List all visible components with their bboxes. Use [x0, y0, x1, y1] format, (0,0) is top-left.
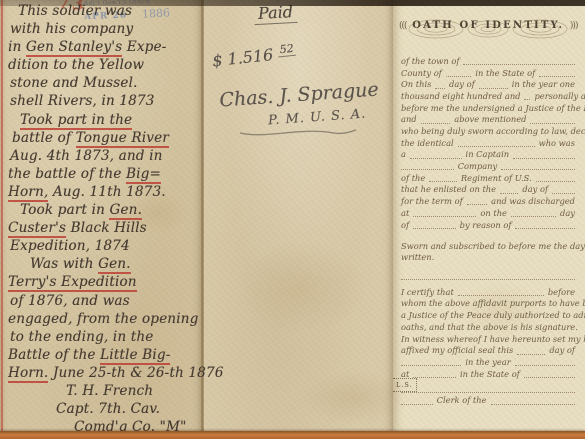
oath-form-line-15: ofby reason of: [399, 220, 577, 229]
handwritten-line-12: Took part in Gen.: [8, 201, 202, 219]
handwritten-text: with his company: [10, 21, 133, 37]
handwritten-text: dition to the Yellow: [8, 57, 144, 73]
form-printed-text: by reason of: [460, 221, 512, 229]
oath-form-line-7: who being duly sworn according to law, d…: [399, 126, 577, 135]
form-printed-text: I certify that: [401, 288, 454, 296]
oath-form-line-8: the identicalwho was: [399, 138, 577, 147]
oath-title: ((( OATH OF IDENTITY. ))): [399, 20, 577, 31]
oath-form-line-25: in the year: [399, 357, 577, 366]
oath-form-line-1: of the town of: [399, 56, 577, 65]
form-blank-field: [515, 219, 575, 229]
oath-form-line-2: County ofin the State of: [399, 68, 577, 77]
form-printed-text: of the town of: [401, 57, 459, 65]
handwritten-line-23: Capt. 7th. Cav.: [8, 400, 202, 418]
handwritten-line-2: with his company: [8, 20, 202, 38]
form-printed-text: day of: [522, 185, 548, 193]
form-printed-text: in Captain: [466, 150, 510, 158]
handwritten-text: Capt. 7th. Cav.: [56, 401, 160, 417]
handwritten-line-5: stone and Mussel.: [8, 74, 202, 92]
handwritten-text: stone and Mussel.: [10, 75, 138, 91]
form-blank-field: [479, 78, 508, 88]
form-blank-field: [401, 383, 575, 393]
handwritten-text: June 25-th & 26-th 1876: [48, 365, 223, 381]
red-underlined-text: Horn.: [8, 365, 48, 383]
handwritten-text: battle of: [12, 130, 76, 146]
form-blank-field: [410, 149, 462, 159]
form-blank-field: [500, 184, 518, 194]
handwritten-line-7: Took part in the: [8, 111, 202, 129]
handwritten-text: Expe-: [122, 39, 166, 55]
handwritten-line-17: of 1876, and was: [8, 292, 202, 310]
form-printed-text: in the year one: [512, 80, 575, 88]
form-printed-text: Clerk of the: [437, 396, 487, 404]
red-underlined-text: Horn,: [8, 184, 48, 202]
form-printed-text: whom the above affidavit purports to hav…: [401, 299, 585, 307]
oath-form-line-3: On thisday ofin the year one: [399, 79, 577, 88]
handwritten-line-10: the battle of the Big=: [8, 165, 202, 183]
oath-form-line-26: atin the State of: [399, 369, 577, 378]
handwritten-text: Aug. 4th 1873, and in: [10, 148, 163, 164]
form-printed-text: in the State of: [460, 370, 520, 378]
form-printed-text: Regiment of U.S.: [461, 174, 532, 182]
red-margin-line: [1, 0, 3, 432]
handwritten-line-15: Was with Gen.: [8, 255, 202, 273]
paid-note-page: [204, 0, 393, 439]
handwritten-text: to the ending, in the: [10, 329, 153, 345]
form-printed-text: the identical: [401, 139, 454, 147]
handwritten-line-20: Battle of the Little Big-: [8, 346, 202, 364]
handwritten-text: shell Rivers, in 1873: [10, 93, 154, 109]
red-underlined-text: Tongue River: [76, 130, 169, 148]
oath-form-line-20: whom the above affidavit purports to hav…: [399, 299, 577, 308]
handwritten-line-18: engaged, from the opening: [8, 310, 202, 328]
red-underlined-text: Took part in the: [20, 112, 132, 130]
form-blank-field: [513, 149, 575, 159]
form-printed-text: a Justice of the Peace duly authorized t…: [401, 311, 585, 319]
form-printed-text: that he enlisted on the: [401, 185, 496, 193]
red-underlined-text: Gen Stanley's: [26, 39, 122, 57]
form-printed-text: and was discharged: [491, 197, 575, 205]
form-printed-text: in the year: [465, 358, 510, 366]
title-decor-right: ))): [570, 21, 578, 31]
form-blank-field: [435, 78, 445, 88]
form-blank-field: [552, 184, 575, 194]
oath-title-text: OATH OF IDENTITY.: [412, 20, 564, 31]
form-blank-field: [501, 160, 575, 170]
form-blank-field: [458, 137, 535, 147]
oath-form-line-6: andabove mentioned: [399, 114, 577, 123]
handwritten-line-13: Custer's Black Hills: [8, 219, 202, 237]
form-printed-text: on the: [480, 209, 507, 217]
form-blank-field: [458, 286, 544, 296]
handwritten-line-22: T. H. French: [8, 382, 202, 400]
form-printed-text: at: [401, 370, 409, 378]
oath-form-line-14: aton theday: [399, 208, 577, 217]
red-underlined-text: Big=: [126, 166, 161, 184]
form-printed-text: On this: [401, 80, 431, 88]
handwritten-text: engaged, from the opening: [8, 311, 198, 327]
form-blank-field: [467, 195, 487, 205]
form-blank-field: [446, 67, 472, 77]
form-blank-field: [491, 395, 575, 405]
form-blank-field: [463, 55, 575, 65]
oath-of-identity-form: ((( OATH OF IDENTITY. ))) of the town of…: [399, 6, 577, 407]
oath-form-line-4: thousand eight hundred andpersonally app…: [399, 91, 577, 100]
form-printed-text: in the State of: [475, 69, 535, 77]
form-printed-text: who was: [539, 139, 575, 147]
form-printed-text: a: [401, 150, 406, 158]
handwritten-line-19: to the ending, in the: [8, 328, 202, 346]
handwritten-text: Expedition, 1874: [10, 238, 130, 254]
form-blank-field: [401, 356, 461, 366]
handwritten-text: Aug. 11th 1873.: [48, 184, 165, 200]
handwritten-line-3: in Gen Stanley's Expe-: [8, 38, 202, 56]
red-underlined-text: Gen.: [98, 256, 131, 274]
scanned-document: 73 Adj't Gen'l's Office APR 26 1886 This…: [0, 0, 585, 439]
form-blank-field: [413, 207, 476, 217]
form-printed-text: of the: [401, 174, 425, 182]
form-printed-text: thousand eight hundred and: [401, 92, 520, 100]
oath-form-line-27: [399, 384, 577, 393]
form-printed-text: written.: [401, 253, 434, 261]
scan-bottom-edge: [0, 431, 585, 439]
oath-form-line-23: In witness whereof I have hereunto set m…: [399, 334, 577, 343]
oath-form-line-22: oaths, and that the above is his signatu…: [399, 322, 577, 331]
form-blank-field: [524, 90, 530, 100]
handwritten-line-21: Horn. June 25-th & 26-th 1876: [8, 364, 202, 382]
oath-form-line-19: I certify thatbefore: [399, 287, 577, 296]
form-printed-text: County of: [401, 69, 442, 77]
handwritten-text: Black Hills: [66, 220, 147, 236]
form-printed-text: oaths, and that the above is his signatu…: [401, 323, 578, 331]
form-blank-field: [421, 113, 451, 123]
oath-form-line-16: Sworn and subscribed to before me the da…: [399, 241, 577, 250]
handwritten-line-16: Terry's Expedition: [8, 273, 202, 291]
oath-form-line-11: of theRegiment of U.S.: [399, 173, 577, 182]
handwritten-text: in: [8, 39, 26, 55]
form-printed-text: Sworn and subscribed to before me the da…: [401, 242, 585, 250]
form-printed-text: for the term of: [401, 197, 463, 205]
scan-top-edge: [0, 0, 585, 6]
form-blank-field: [413, 219, 456, 229]
form-blank-field: [515, 356, 575, 366]
oath-form-line-18: [399, 271, 577, 280]
form-blank-field: [511, 207, 556, 217]
form-printed-text: before me the undersigned a Justice of t…: [401, 104, 585, 112]
oath-form-line-10: Company: [399, 161, 577, 170]
form-blank-field: [429, 172, 457, 182]
oath-title-block: ((( OATH OF IDENTITY. ))): [399, 6, 577, 52]
oath-form-line-24: affixed my official seal thisday of: [399, 345, 577, 354]
oath-form-lines: of the town ofCounty ofin the State ofOn…: [399, 56, 577, 405]
ls-seal-mark: L.S.: [393, 378, 417, 392]
form-blank-field: [413, 368, 456, 378]
red-underlined-text: Gen.: [109, 202, 142, 220]
form-blank-field: [401, 395, 433, 405]
form-printed-text: and: [401, 115, 417, 123]
form-printed-text: day of: [549, 346, 575, 354]
red-underlined-text: Terry's Expedition: [8, 274, 137, 292]
form-blank-field: [517, 344, 545, 354]
handwritten-line-4: dition to the Yellow: [8, 56, 202, 74]
form-printed-text: of: [401, 221, 409, 229]
handwritten-line-9: Aug. 4th 1873, and in: [8, 147, 202, 165]
form-blank-field: [524, 368, 575, 378]
oath-form-line-28: Clerk of the: [399, 396, 577, 405]
oath-form-line-12: that he enlisted on theday of: [399, 185, 577, 194]
handwritten-text: the battle of the: [8, 166, 126, 182]
form-blank-field: [401, 270, 575, 280]
oath-form-line-17: written.: [399, 253, 577, 262]
handwritten-text: of 1876, and was: [10, 293, 130, 309]
form-blank-field: [539, 67, 575, 77]
form-printed-text: day: [560, 209, 575, 217]
title-decor-left: (((: [399, 21, 407, 31]
oath-form-line-13: for the term ofand was discharged: [399, 196, 577, 205]
handwritten-narrative: This soldier waswith his companyin Gen S…: [8, 2, 202, 436]
form-printed-text: above mentioned: [454, 115, 526, 123]
oath-form-line-21: a Justice of the Peace duly authorized t…: [399, 310, 577, 319]
handwritten-text: Battle of the: [8, 347, 100, 363]
form-blank-field: [401, 160, 454, 170]
red-underlined-text: Custer's: [8, 220, 66, 238]
form-printed-text: who being duly sworn according to law, d…: [401, 127, 585, 135]
handwritten-line-8: battle of Tongue River: [8, 129, 202, 147]
handwritten-text: T. H. French: [66, 383, 153, 399]
oath-form-line-5: before me the undersigned a Justice of t…: [399, 103, 577, 112]
oath-form-line-9: ain Captain: [399, 150, 577, 159]
form-printed-text: at: [401, 209, 409, 217]
handwritten-text: Took part in: [20, 202, 109, 218]
form-printed-text: Company: [458, 162, 498, 170]
form-printed-text: before: [548, 288, 575, 296]
handwritten-line-6: shell Rivers, in 1873: [8, 92, 202, 110]
handwritten-line-11: Horn, Aug. 11th 1873.: [8, 183, 202, 201]
form-printed-text: day of: [449, 80, 475, 88]
form-printed-text: affixed my official seal this: [401, 346, 513, 354]
form-printed-text: In witness whereof I have hereunto set m…: [401, 335, 585, 343]
red-underlined-text: Little Big-: [100, 347, 170, 365]
handwritten-line-14: Expedition, 1874: [8, 237, 202, 255]
form-printed-text: personally appeared: [534, 92, 585, 100]
form-blank-field: [530, 113, 575, 123]
handwritten-text: Was with: [30, 256, 98, 272]
form-blank-field: [536, 172, 575, 182]
